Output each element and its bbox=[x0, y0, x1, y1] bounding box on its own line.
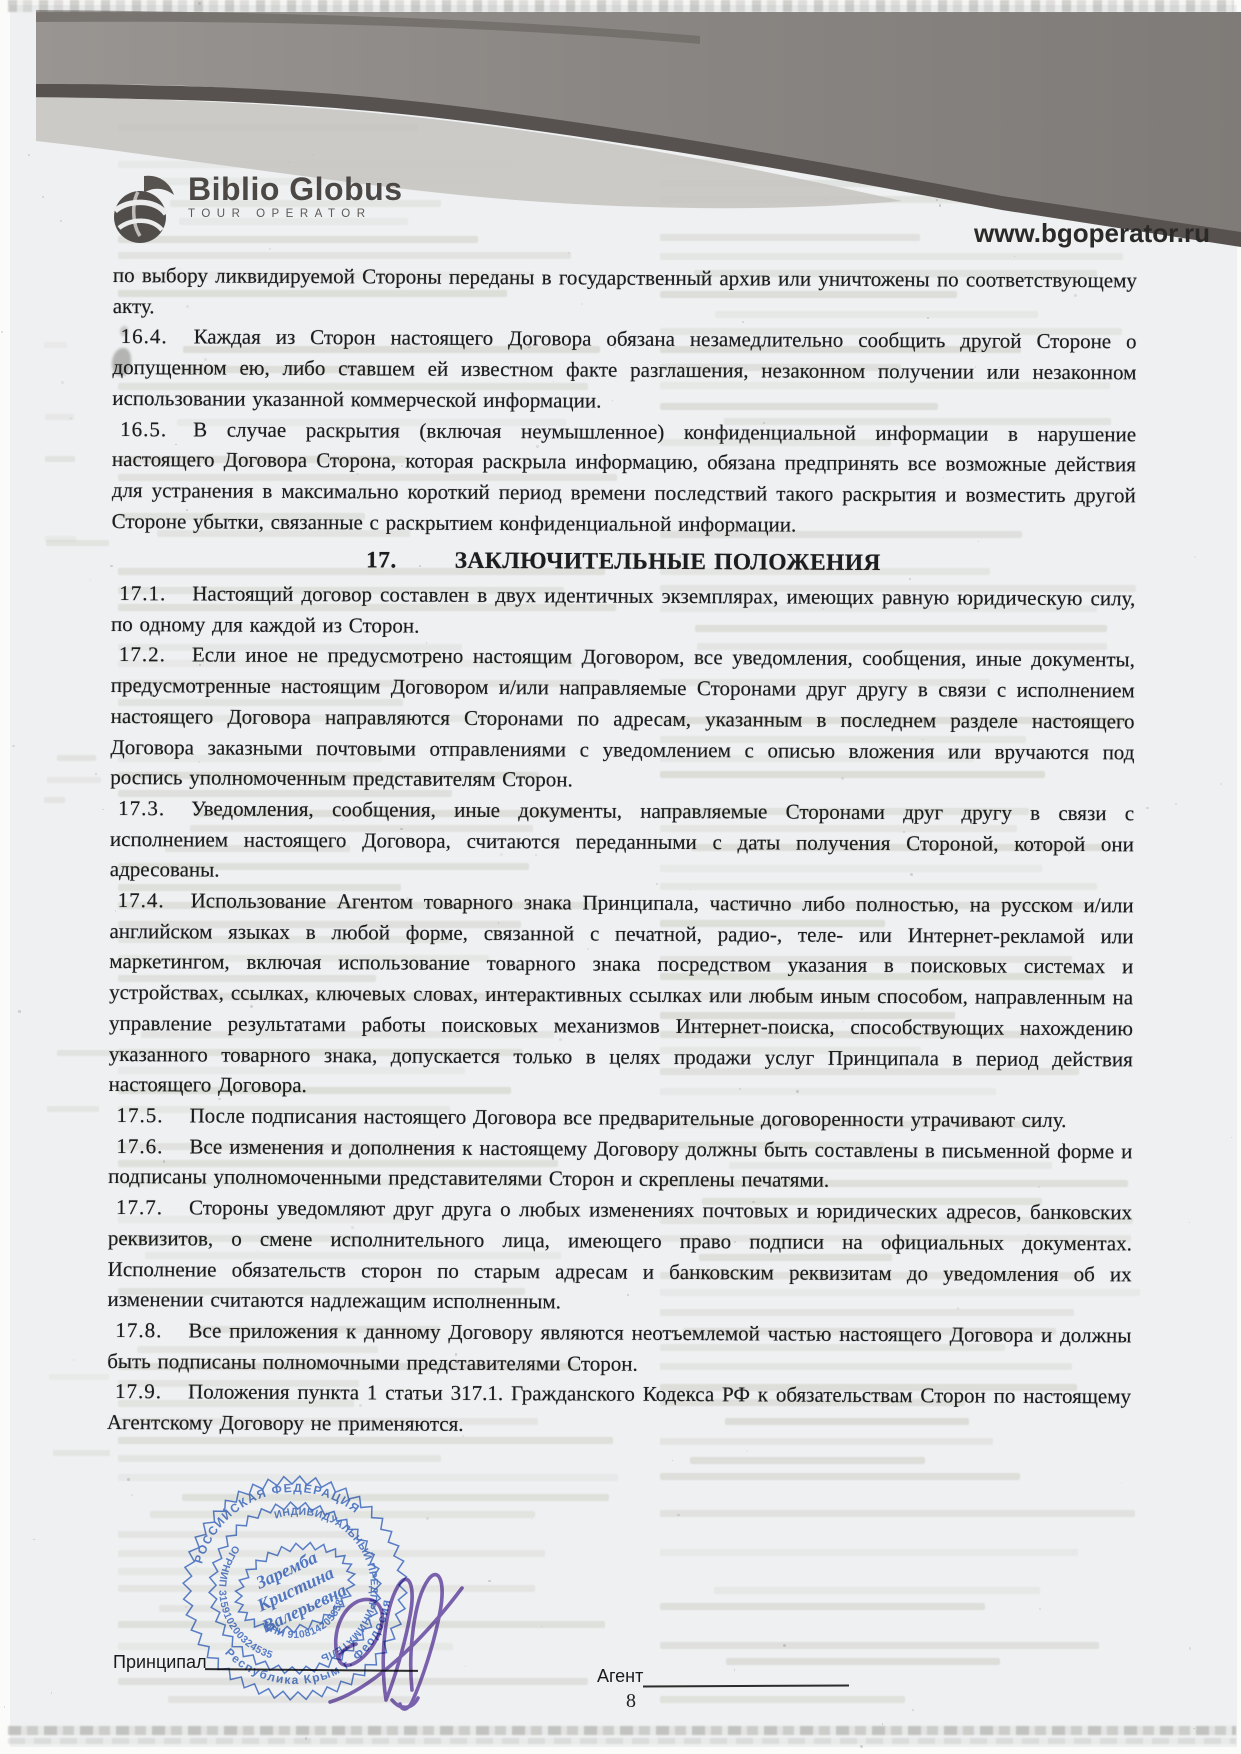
scanned-contract-page: Biblio Globus TOUR OPERATOR www.bgoperat… bbox=[0, 0, 1241, 1754]
clause-number: 17.9. bbox=[115, 1379, 162, 1403]
contract-paragraph: по выбору ликвидируемой Стороны переданы… bbox=[113, 260, 1137, 327]
website-url: www.bgoperator.ru bbox=[890, 218, 1210, 249]
contract-paragraph: 17.5.После подписания настоящего Договор… bbox=[108, 1100, 1132, 1136]
handwritten-signature bbox=[300, 1540, 490, 1725]
clause-number: 17.5. bbox=[116, 1103, 163, 1127]
contract-paragraph: 17.1.Настоящий договор составлен в двух … bbox=[111, 578, 1135, 645]
clause-number: 17.6. bbox=[116, 1134, 163, 1158]
biblio-globus-logo: Biblio Globus TOUR OPERATOR bbox=[110, 172, 402, 246]
contract-paragraph: 16.5.В случае раскрытия (включая неумышл… bbox=[112, 414, 1137, 542]
contract-paragraph: 17.8.Все приложения к данному Договору я… bbox=[107, 1315, 1131, 1382]
contract-body: по выбору ликвидируемой Стороны переданы… bbox=[106, 260, 1137, 1570]
page-number: 8 bbox=[626, 1690, 636, 1713]
logo-title: Biblio Globus bbox=[188, 172, 402, 206]
contract-paragraph: 17.6.Все изменения и дополнения к настоя… bbox=[108, 1131, 1132, 1198]
contract-paragraph: 16.4.Каждая из Сторон настоящего Договор… bbox=[112, 321, 1136, 418]
clause-number: 17.3. bbox=[118, 796, 165, 820]
section-heading: 17.ЗАКЛЮЧИТЕЛЬНЫЕ ПОЛОЖЕНИЯ bbox=[111, 544, 1135, 580]
section-number: 17. bbox=[366, 548, 397, 574]
clause-number: 16.5. bbox=[120, 417, 167, 441]
contract-paragraph: 17.4.Использование Агентом товарного зна… bbox=[109, 885, 1134, 1105]
clause-number: 17.1. bbox=[119, 581, 166, 605]
clause-number: 17.8. bbox=[115, 1318, 162, 1342]
contract-paragraph: 17.9.Положения пункта 1 статьи 317.1. Гр… bbox=[107, 1376, 1131, 1443]
agent-label: Агент bbox=[597, 1666, 643, 1687]
contract-paragraph: 17.2.Если иное не предусмотрено настоящи… bbox=[110, 639, 1135, 798]
clause-number: 16.4. bbox=[121, 324, 168, 348]
section-title: ЗАКЛЮЧИТЕЛЬНЫЕ ПОЛОЖЕНИЯ bbox=[455, 548, 881, 576]
scan-noise-top bbox=[8, 0, 1234, 12]
scan-noise-bottom-2 bbox=[8, 1738, 1236, 1744]
biblio-globus-globe-icon bbox=[110, 172, 176, 246]
contract-paragraph: 17.7.Стороны уведомляют друг друга о люб… bbox=[107, 1192, 1132, 1320]
clause-number: 17.4. bbox=[118, 888, 165, 912]
logo-subtitle: TOUR OPERATOR bbox=[188, 208, 402, 220]
clause-number: 17.7. bbox=[116, 1195, 163, 1219]
contract-paragraph: 17.3.Уведомления, сообщения, иные докуме… bbox=[110, 793, 1134, 890]
clause-number: 17.2. bbox=[119, 642, 166, 666]
scan-noise-bottom bbox=[8, 1726, 1236, 1735]
